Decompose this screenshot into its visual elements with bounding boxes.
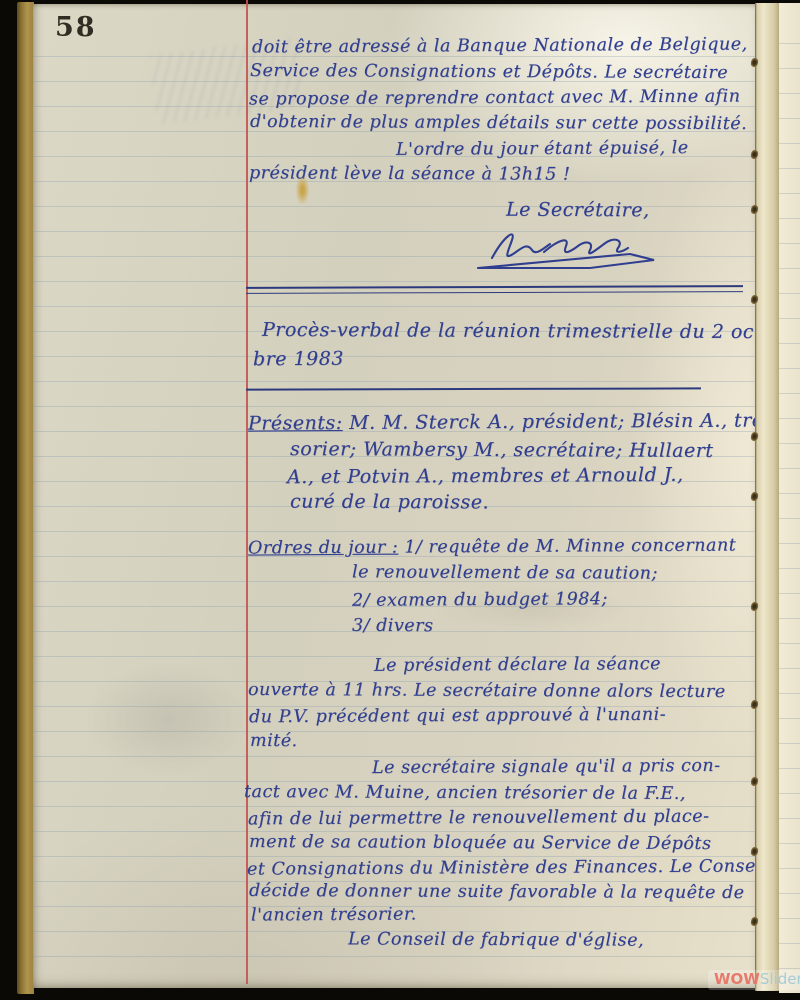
session-line: ouverte à 11 hrs. Le secrétaire donne al… xyxy=(248,680,726,702)
secretary-signature xyxy=(470,224,670,276)
resolution-line: ment de sa caution bloquée au Service de… xyxy=(249,832,712,854)
margin-line xyxy=(246,0,248,984)
watermark-wow: WOW xyxy=(714,970,760,988)
session-line: mité. xyxy=(250,731,298,751)
session-line: du P.V. précédent qui est approuvé à l'u… xyxy=(249,705,666,728)
minutes-title-line: bre 1983 xyxy=(253,348,344,371)
paper-smudge xyxy=(88,664,248,774)
resolution-line: décide de donner une suite favorable à l… xyxy=(249,881,745,903)
resolution-line: afin de lui permettre le renouvellement … xyxy=(248,807,710,830)
agenda-line: Ordres du jour : 1/ requête de M. Minne … xyxy=(248,536,736,559)
agenda-line: 3/ divers xyxy=(352,616,434,636)
minutes-title-line: Procès-verbal de la réunion trimestriell… xyxy=(262,319,781,343)
handwritten-line: Service des Consignations et Dépôts. Le … xyxy=(250,61,728,83)
watermark: WOWSlider xyxy=(708,970,800,990)
resolution-line: l'ancien trésorier. xyxy=(251,904,417,925)
resolution-line: tact avec M. Muine, ancien trésorier de … xyxy=(244,782,686,804)
handwritten-line: doit être adressé à la Banque Nationale … xyxy=(252,34,748,57)
handwritten-line: se propose de reprendre contact avec M. … xyxy=(249,86,741,109)
watermark-slider: Slider xyxy=(760,970,800,988)
attendees-label: Présents: xyxy=(248,412,343,435)
attendees-line: curé de la paroisse. xyxy=(290,491,489,514)
handwritten-line: d'obtenir de plus amples détails sur cet… xyxy=(250,112,747,134)
secretary-role-label: Le Secrétaire, xyxy=(506,199,650,222)
next-page-sliver xyxy=(779,3,800,993)
agenda-label: Ordres du jour : xyxy=(248,538,398,559)
attendees-line: A., et Potvin A., membres et Arnould J., xyxy=(287,464,684,488)
session-line: Le président déclare la séance xyxy=(374,654,661,676)
page-number: 58 xyxy=(55,12,97,43)
agenda-line: le renouvellement de sa caution; xyxy=(352,562,658,583)
ruled-lines xyxy=(779,43,800,983)
attendees-line: sorier; Wambersy M., secrétaire; Hullaer… xyxy=(290,438,714,462)
binding-fold xyxy=(755,3,779,991)
register-photo: 58 doit être adressé à la Banque Nationa… xyxy=(0,0,800,1000)
attendees-line: Présents: M. M. Sterck A., président; Bl… xyxy=(248,409,771,434)
book-page-edges xyxy=(17,2,34,994)
resolution-line: Le secrétaire signale qu'il a pris con- xyxy=(372,756,721,778)
resolution-line: et Consignations du Ministère des Financ… xyxy=(247,856,768,879)
council-closing-line: Le Conseil de fabrique d'église, xyxy=(348,929,644,950)
agenda-line: 2/ examen du budget 1984; xyxy=(352,589,608,611)
ink-stain xyxy=(296,176,309,204)
handwritten-line: L'ordre du jour étant épuisé, le xyxy=(396,138,689,160)
